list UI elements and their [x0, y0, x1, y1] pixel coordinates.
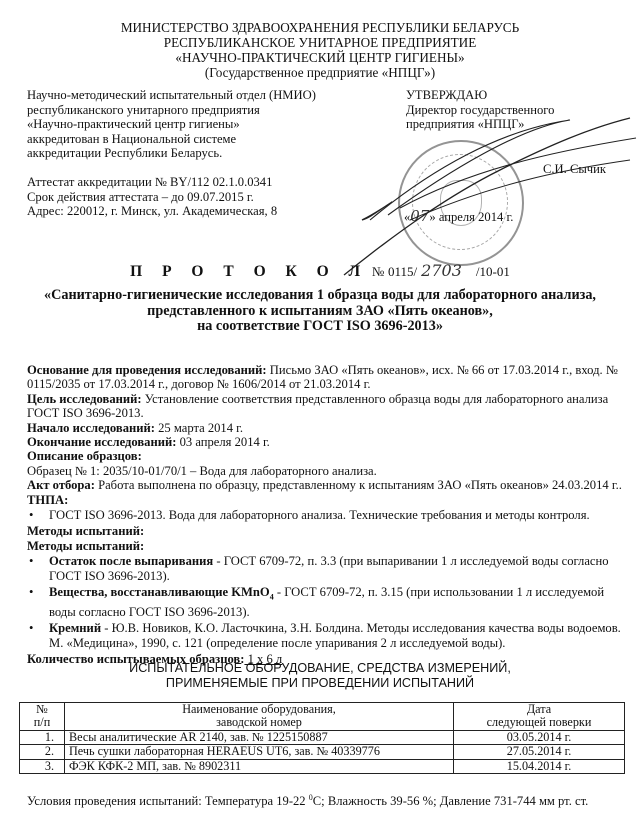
org-line: Научно-методический испытательный отдел … — [27, 88, 347, 103]
samples-heading: Описание образцов: — [27, 449, 627, 463]
document-header: МИНИСТЕРСТВО ЗДРАВООХРАНЕНИЯ РЕСПУБЛИКИ … — [0, 20, 640, 80]
method-item: Кремний - Ю.В. Новиков, К.О. Ласточкина,… — [27, 621, 627, 650]
method-item: Остаток после выпаривания - ГОСТ 6709-72… — [27, 554, 627, 583]
tnpa-heading: ТНПА: — [27, 493, 627, 507]
start-date: Начало исследований: 25 марта 2014 г. — [27, 421, 627, 435]
number-sign: № — [372, 264, 384, 279]
table-header-row: №п/п Наименование оборудования,заводской… — [20, 703, 625, 731]
methods-list: Остаток после выпаривания - ГОСТ 6709-72… — [27, 554, 627, 650]
org-line: аккредитован в Национальной системе — [27, 132, 347, 147]
method-item: Вещества, восстанавливающие KMnO4 - ГОСТ… — [27, 585, 627, 619]
table-row: 1. Весы аналитические AR 2140, зав. № 12… — [20, 730, 625, 744]
accreditation-validity: Срок действия аттестата – до 09.07.2015 … — [27, 190, 347, 205]
org-line: аккредитации Республики Беларусь. — [27, 146, 347, 161]
handwritten-number: 2703 — [421, 261, 462, 280]
equipment-table: №п/п Наименование оборудования,заводской… — [19, 702, 625, 774]
test-conditions: Условия проведения испытаний: Температур… — [27, 793, 588, 809]
goal-paragraph: Цель исследований: Установление соответс… — [27, 392, 627, 421]
basis-paragraph: Основание для проведения исследований: П… — [27, 363, 627, 392]
protocol-subject: «Санитарно-гигиенические исследования 1 … — [0, 288, 640, 335]
enterprise-name: «НАУЧНО-ПРАКТИЧЕСКИЙ ЦЕНТР ГИГИЕНЫ» — [0, 50, 640, 65]
accreditation-number: Аттестат аккредитации № BY/112 02.1.0.03… — [27, 175, 347, 190]
org-line: «Научно-практический центр гигиены» — [27, 117, 347, 132]
organization-block: Научно-методический испытательный отдел … — [27, 88, 347, 219]
sampling-act: Акт отбора: Работа выполнена по образцу,… — [27, 478, 627, 492]
methods-heading: Методы испытаний: — [27, 539, 627, 553]
protocol-suffix: /10-01 — [476, 264, 510, 279]
ministry-name: МИНИСТЕРСТВО ЗДРАВООХРАНЕНИЯ РЕСПУБЛИКИ … — [0, 20, 640, 35]
protocol-details: Основание для проведения исследований: П… — [27, 363, 627, 667]
methods-heading: Методы испытаний: — [27, 524, 627, 538]
org-line: республиканского унитарного предприятия — [27, 103, 347, 118]
protocol-number: П Р О Т О К О Л № 0115/2703/10-01 — [0, 261, 640, 281]
protocol-label: П Р О Т О К О Л — [130, 263, 368, 280]
enterprise-type: РЕСПУБЛИКАНСКОЕ УНИТАРНОЕ ПРЕДПРИЯТИЕ — [0, 35, 640, 50]
end-date: Окончание исследований: 03 апреля 2014 г… — [27, 435, 627, 449]
org-address: Адрес: 220012, г. Минск, ул. Академическ… — [27, 204, 347, 219]
tnpa-list: ГОСТ ISO 3696-2013. Вода для лабораторно… — [27, 508, 627, 522]
table-row: 2. Печь сушки лабораторная HERAEUS UT6, … — [20, 745, 625, 759]
sample-item: Образец № 1: 2035/10-01/70/1 – Вода для … — [27, 464, 627, 478]
protocol-prefix: 0115/ — [388, 264, 417, 279]
protocol-document: МИНИСТЕРСТВО ЗДРАВООХРАНЕНИЯ РЕСПУБЛИКИ … — [0, 0, 640, 818]
table-row: 3. ФЭК КФК-2 МП, зав. № 8902311 15.04.20… — [20, 759, 625, 773]
signature-icon — [340, 90, 640, 280]
col-name: Наименование оборудования,заводской номе… — [65, 703, 454, 731]
col-date: Датаследующей поверки — [454, 703, 625, 731]
tnpa-item: ГОСТ ISO 3696-2013. Вода для лабораторно… — [27, 508, 627, 522]
enterprise-short: (Государственное предприятие «НПЦГ») — [0, 65, 640, 80]
equipment-title: ИСПЫТАТЕЛЬНОЕ ОБОРУДОВАНИЕ, СРЕДСТВА ИЗМ… — [0, 661, 640, 691]
col-num: №п/п — [20, 703, 65, 731]
